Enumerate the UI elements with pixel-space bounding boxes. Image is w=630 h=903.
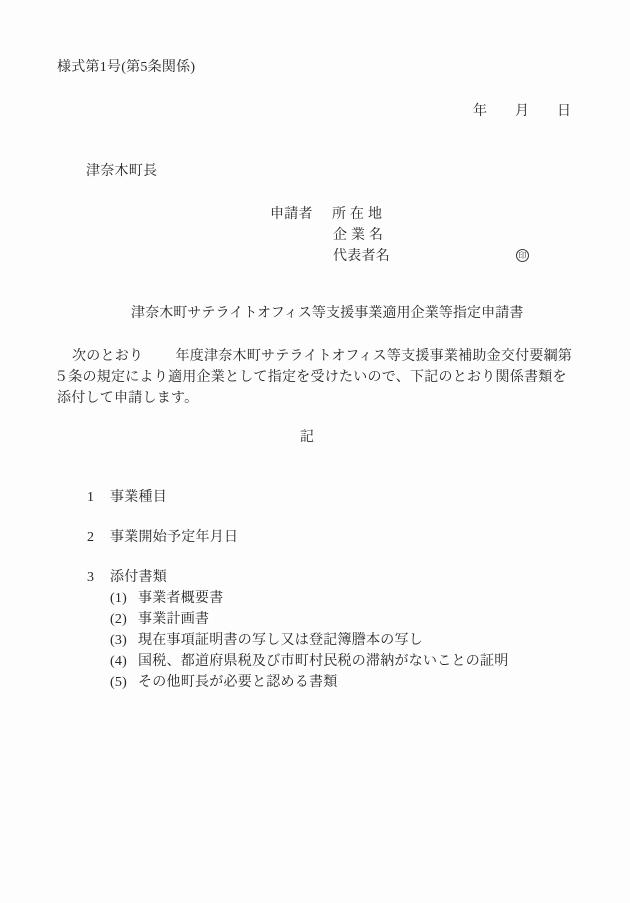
applicant-company-label: 企 業 名: [333, 226, 383, 246]
applicant-address-label: 所 在 地: [332, 205, 382, 225]
document-page: 様式第1号(第5条関係) 年 月 日 津奈木町長 申請者 所 在 地 企 業 名…: [0, 0, 630, 903]
list-item-text: 事業種目: [110, 490, 167, 505]
list-item-text: 事業開始予定年月日: [110, 530, 238, 545]
attachment-item-text: その他町長が必要と認める書類: [138, 675, 338, 690]
seal-character: 印: [519, 252, 527, 260]
attachment-item-number: (5): [110, 673, 138, 693]
body-paragraph-line: 添付して申請します。: [57, 389, 198, 409]
applicant-label: 申請者: [270, 205, 313, 225]
list-item-number: 2: [87, 528, 110, 548]
ki-marker: 記: [300, 428, 314, 448]
date-line: 年 月 日: [473, 102, 571, 122]
attachment-list-item: (5)その他町長が必要と認める書類: [95, 653, 338, 713]
addressee: 津奈木町長: [86, 162, 157, 182]
body-paragraph-line: ５条の規定により適用企業として指定を受けたいので、下記のとおり関係書類を: [54, 368, 567, 388]
date-day-label: 日: [557, 102, 571, 122]
date-month-label: 月: [515, 102, 529, 122]
seal-icon: 印: [516, 249, 529, 262]
form-number: 様式第1号(第5条関係): [57, 58, 195, 78]
date-year-label: 年: [473, 102, 487, 122]
list-item-number: 1: [87, 488, 110, 508]
document-title: 津奈木町サテライトオフィス等支援事業適用企業等指定申請書: [131, 304, 523, 324]
applicant-representative-label: 代表者名: [333, 247, 390, 267]
body-paragraph-line: 次のとおり 年度津奈木町サテライトオフィス等支援事業補助金交付要綱第: [72, 347, 572, 367]
